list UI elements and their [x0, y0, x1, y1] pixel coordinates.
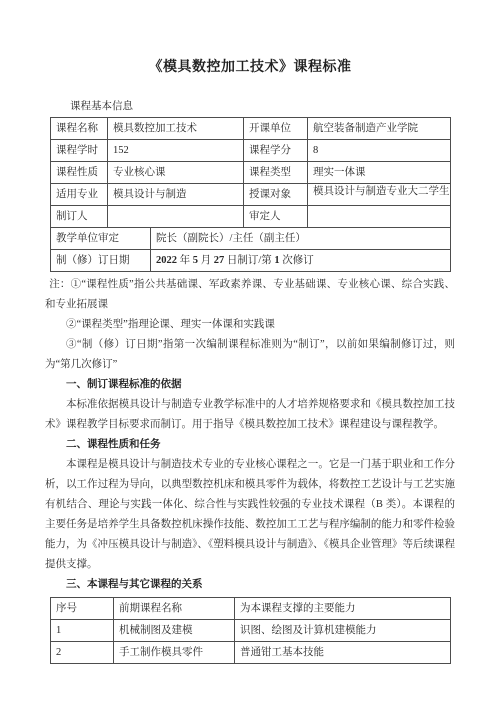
- cell-label: 课程性质: [51, 162, 108, 184]
- cell-ability: 识图、绘图及计算机建模能力: [235, 620, 451, 642]
- cell-label: 适用专业: [51, 184, 108, 206]
- cell-value: 专业核心课: [108, 162, 244, 184]
- section-1-heading: 一、制订课程标准的依据: [45, 375, 455, 395]
- cell-label: 课程名称: [51, 118, 108, 140]
- footnote-3: ③“制（修）订日期”指第一次编制课程标准则为“制订”，以前如果编制修订过，则为“…: [45, 335, 455, 375]
- cell-value-date: 2022 年 5 月 27 日制订/第 1 次修订: [151, 250, 451, 272]
- cell-value: [308, 206, 451, 228]
- cell-ability: 普通钳工基本技能: [235, 642, 451, 664]
- cell-label: 授课对象: [244, 184, 308, 206]
- cell-value: [108, 206, 244, 228]
- cell-label: 审定人: [244, 206, 308, 228]
- table-row: 制（修）订日期 2022 年 5 月 27 日制订/第 1 次修订: [51, 250, 451, 272]
- cell-value: 院长（副院长）/主任（副主任）: [151, 228, 451, 250]
- column-header: 为本课程支撑的主要能力: [235, 598, 451, 620]
- cell-value: 航空装备制造产业学院: [308, 118, 451, 140]
- date-sep: 年: [177, 255, 193, 266]
- cell-value: 8: [308, 140, 451, 162]
- date-sep: 次修订: [280, 255, 314, 266]
- section-2: 二、课程性质和任务 本课程是模具设计与制造技术专业的专业核心课程之一。它是一门基…: [45, 435, 455, 575]
- table-row: 适用专业 模具设计与制造 授课对象 模具设计与制造专业大二学生: [51, 184, 451, 206]
- table-row: 1 机械制图及建模 识图、绘图及计算机建模能力: [51, 620, 451, 642]
- column-header: 序号: [51, 598, 114, 620]
- date-day: 27: [214, 255, 225, 266]
- table-row: 2 手工制作模具零件 普通钳工基本技能: [51, 642, 451, 664]
- cell-value: 理实一体课: [308, 162, 451, 184]
- cell-index: 1: [51, 620, 114, 642]
- cell-course: 机械制图及建模: [114, 620, 235, 642]
- table-row: 教学单位审定 院长（副院长）/主任（副主任）: [51, 228, 451, 250]
- cell-index: 2: [51, 642, 114, 664]
- column-header: 前期课程名称: [114, 598, 235, 620]
- section-1-paragraph: 本标准依据模具设计与制造专业教学标准中的人才培养规格要求和《模具数控加工技术》课…: [45, 395, 455, 435]
- cell-label: 制订人: [51, 206, 108, 228]
- page-title: 《模具数控加工技术》课程标准: [45, 56, 455, 76]
- cell-label: 课程学时: [51, 140, 108, 162]
- cell-label: 开课单位: [244, 118, 308, 140]
- basic-info-table-wide: 教学单位审定 院长（副院长）/主任（副主任） 制（修）订日期 2022 年 5 …: [50, 227, 451, 272]
- date-year: 2022: [156, 255, 177, 266]
- section-3-heading: 三、本课程与其它课程的关系: [45, 575, 455, 595]
- document-page: 《模具数控加工技术》课程标准 课程基本信息 课程名称 模具数控加工技术 开课单位…: [0, 0, 500, 707]
- basic-info-table: 课程名称 模具数控加工技术 开课单位 航空装备制造产业学院 课程学时 152 课…: [50, 117, 451, 228]
- prerequisite-courses-table: 序号 前期课程名称 为本课程支撑的主要能力 1 机械制图及建模 识图、绘图及计算…: [50, 597, 451, 664]
- footnotes: 注：①“课程性质”指公共基础课、军政素养课、专业基础课、专业核心课、综合实践、和…: [45, 275, 455, 375]
- footnote-2: ②“课程类型”指理论课、理实一体课和实践课: [45, 315, 455, 335]
- cell-label: 课程类型: [244, 162, 308, 184]
- cell-value: 模具数控加工技术: [108, 118, 244, 140]
- table-header-row: 序号 前期课程名称 为本课程支撑的主要能力: [51, 598, 451, 620]
- section-2-paragraph: 本课程是模具设计与制造技术专业的专业核心课程之一。它是一门基于职业和工作分析，以…: [45, 455, 455, 575]
- section-3: 三、本课程与其它课程的关系: [45, 575, 455, 595]
- date-sep: 日制订/第: [224, 255, 274, 266]
- table-row: 课程性质 专业核心课 课程类型 理实一体课: [51, 162, 451, 184]
- section-2-heading: 二、课程性质和任务: [45, 435, 455, 455]
- cell-value: 模具设计与制造: [108, 184, 244, 206]
- footnote-1: 注：①“课程性质”指公共基础课、军政素养课、专业基础课、专业核心课、综合实践、和…: [45, 275, 455, 315]
- table-row: 课程学时 152 课程学分 8: [51, 140, 451, 162]
- cell-value: 模具设计与制造专业大二学生: [308, 184, 451, 206]
- cell-label: 教学单位审定: [51, 228, 151, 250]
- table-row: 课程名称 模具数控加工技术 开课单位 航空装备制造产业学院: [51, 118, 451, 140]
- cell-value: 152: [108, 140, 244, 162]
- section-1: 一、制订课程标准的依据 本标准依据模具设计与制造专业教学标准中的人才培养规格要求…: [45, 375, 455, 435]
- table-row: 制订人 审定人: [51, 206, 451, 228]
- cell-label: 制（修）订日期: [51, 250, 151, 272]
- basic-info-caption: 课程基本信息: [70, 100, 455, 114]
- date-sep: 月: [198, 255, 214, 266]
- cell-label: 课程学分: [244, 140, 308, 162]
- cell-course: 手工制作模具零件: [114, 642, 235, 664]
